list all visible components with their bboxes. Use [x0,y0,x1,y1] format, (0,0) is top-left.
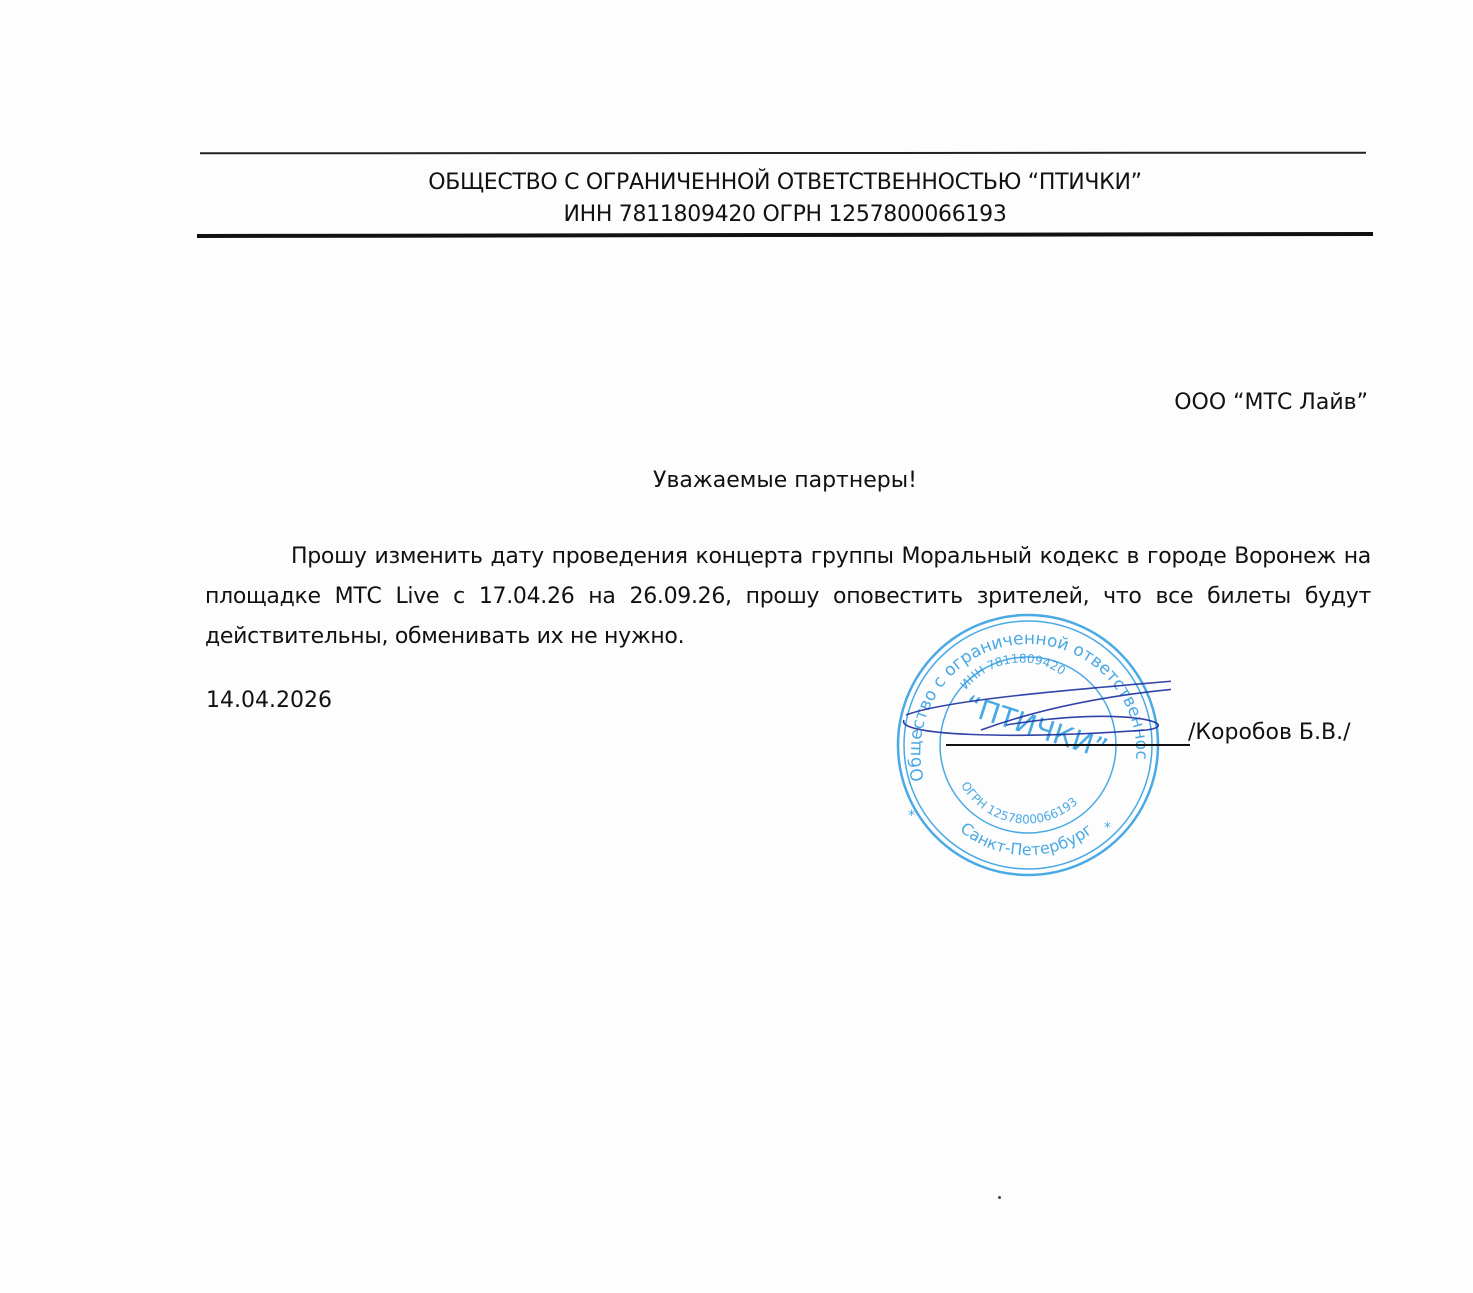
letter-body: Прошу изменить дату проведения концерта … [205,537,1371,657]
signer-name: /Коробов Б.В./ [1188,720,1351,745]
signature-line [946,744,1190,746]
company-name: ОБЩЕСТВО С ОГРАНИЧЕННОЙ ОТВЕТСТВЕННОСТЬЮ… [200,170,1370,195]
scan-speck [998,1196,1001,1199]
svg-text:*: * [1104,820,1111,836]
recipient: ООО “МТС Лайв” [1174,390,1368,415]
letter-date: 14.04.2026 [206,688,332,713]
letterhead-top-rule [200,152,1366,155]
svg-text:*: * [908,808,915,824]
stamp-ogrn: ОГРН 1257800066193 [958,779,1080,826]
greeting: Уважаемые партнеры! [200,468,1370,493]
svg-text:ОГРН 1257800066193: ОГРН 1257800066193 [958,779,1080,826]
company-registration: ИНН 7811809420 ОГРН 1257800066193 [200,202,1370,227]
letterhead-bottom-rule [197,232,1373,238]
